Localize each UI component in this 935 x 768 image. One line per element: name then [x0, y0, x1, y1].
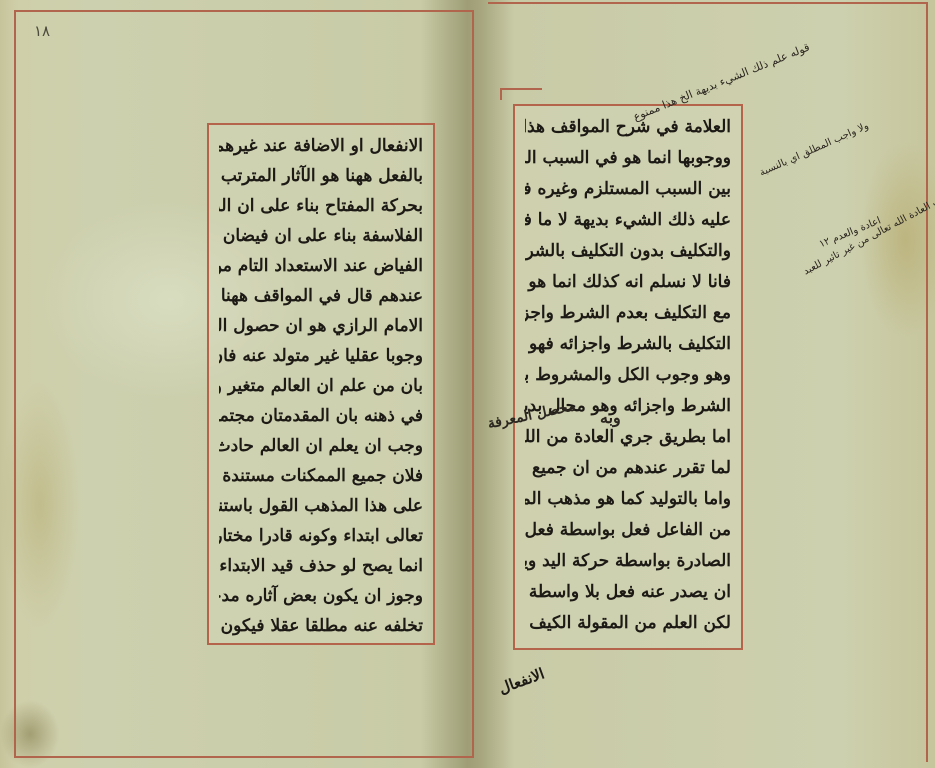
text-block: العلامة في شرح المواقف هذا مبني على وجوب… — [513, 104, 743, 650]
text-line: عندهم قال في المواقف ههنا مذهب آخر اختار… — [219, 281, 423, 311]
text-line: واما بالتوليد كما هو مذهب المعتزلة وهو ا… — [525, 484, 731, 515]
text-line: من الفاعل فعل بواسطة فعل آخر صادر عنه كح… — [525, 515, 731, 546]
text-line: ووجوبها انما هو في السبب المستلزم دون غي… — [525, 143, 731, 174]
text-line: وجب ان يعلم ان العالم حادث واما انه غير … — [219, 431, 423, 461]
text-line: والتكليف بدون التكليف بالشرط واجزائه الت… — [525, 236, 731, 267]
text-line: بالفعل ههنا هو الآثار المترتب على الفعل … — [219, 161, 423, 191]
heading-bracket — [500, 88, 542, 100]
text-line: على هذا المذهب القول باستناد جميع الممكن… — [219, 491, 423, 521]
text-line: الفلاسفة بناء على ان فيضان الحوادث من ال… — [219, 221, 423, 251]
text-line: لما تقرر عندهم من ان جميع الممكنات مستند… — [525, 453, 731, 484]
text-line: تعالى ابتداء وكونه قادرا مختارا وقال الس… — [219, 521, 423, 551]
text-line: بحركة المفتاح بناء على ان الزوم العقلي ك… — [219, 191, 423, 221]
rubric-word: وبه — [600, 408, 621, 427]
left-page: ١٨ الانفعال او الاضافة عند غيرهم فلعلهم … — [0, 0, 480, 768]
folio-number: ١٨ — [34, 22, 50, 40]
text-line: انما يصح لو حذف قيد الابتداء في استناد ا… — [219, 551, 423, 581]
text-line: وهو وجوب الكل والمشروط بدون وجوب اللازم … — [525, 360, 731, 391]
text-block: الانفعال او الاضافة عند غيرهم فلعلهم ارا… — [207, 123, 435, 645]
text-line: اما بطريق جري العادة من الله تعالى هو مذ… — [525, 422, 731, 453]
text-line: وجوبا عقليا غير متولد عنه فان بديهة العق… — [219, 341, 423, 371]
text-line: الامام الرازي هو ان حصول العلم عن النظر … — [219, 311, 423, 341]
text-line: مع التكليف بعدم الشرط واجزائه واما التكل… — [525, 298, 731, 329]
text-line: في ذهنه بان المقدمتان مجتمعتين على هذه ا… — [219, 401, 423, 431]
text-line: العلامة في شرح المواقف هذا مبني على وجوب… — [525, 112, 731, 143]
text-line: ان يصدر عنه فعل بلا واسطة فعل آخر والنظر… — [525, 577, 731, 608]
right-page: العلامة في شرح المواقف هذا مبني على وجوب… — [480, 0, 935, 768]
text-line: وجوز ان يكون بعض آثاره مدخل في بعض بحيث … — [219, 581, 423, 611]
text-line: عليه ذلك الشيء بديهة لا ما فيه من ان الت… — [525, 205, 731, 236]
text-line: فانا لا نسلم انه كذلك انما هو التكليف با… — [525, 267, 731, 298]
text-line: لكن العلم من المقولة الكيف عند المحققين … — [525, 608, 731, 639]
text-line: بين السبب المستلزم وغيره فان ايجاب الشيء… — [525, 174, 731, 205]
manuscript-spread: ١٨ الانفعال او الاضافة عند غيرهم فلعلهم … — [0, 0, 935, 768]
text-line: الفياض عند الاستعداد التام من القابل وجب — [219, 251, 423, 281]
text-line: فلان جميع الممكنات مستندة الى القديم ابت… — [219, 461, 423, 491]
text-line: التكليف بالشرط واجزائه فهو محال لانه يست… — [525, 329, 731, 360]
text-line: بان من علم ان العالم متغير وكل متغير حاد… — [219, 371, 423, 401]
text-line: الصادرة بواسطة حركة اليد ويقابله المباشر… — [525, 546, 731, 577]
text-line: تخلفه عنه مطلقا عقلا فيكون بعضها متولدا … — [219, 611, 423, 641]
text-line: الانفعال او الاضافة عند غيرهم فلعلهم ارا… — [219, 131, 423, 161]
